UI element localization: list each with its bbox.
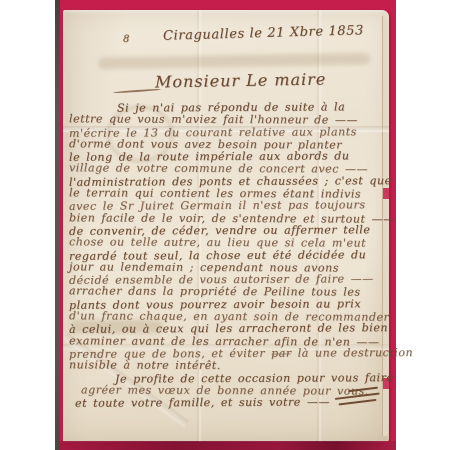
flourish-stroke <box>339 399 377 406</box>
salutation-flourish <box>113 88 161 93</box>
corner-ink-mark: 8 <box>123 34 129 45</box>
letter-photo-page: { "photo": { "background_color": "#c51e4… <box>0 0 450 450</box>
crimson-backdrop: 8 Ciragualles le 21 Xbre 1853 Monsieur L… <box>60 0 396 450</box>
letter-body: Si je n'ai pas répondu de suite à lalett… <box>69 102 385 409</box>
ink-showthrough <box>98 53 370 70</box>
letter-paper: 8 Ciragualles le 21 Xbre 1853 Monsieur L… <box>63 10 389 442</box>
salutation: Monsieur Le maire <box>155 70 327 92</box>
dateline: Ciragualles le 21 Xbre 1853 <box>163 23 364 44</box>
